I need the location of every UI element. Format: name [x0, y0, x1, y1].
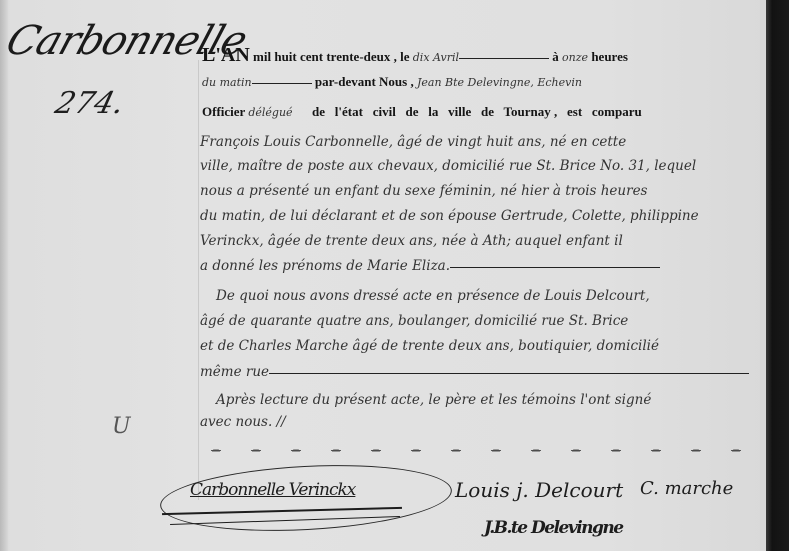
closing-flourish: [196, 447, 746, 453]
blank-rule: [450, 267, 660, 268]
handwritten-text: nous a présenté un enfant du sexe fémini…: [200, 183, 647, 199]
record-line: ville, maître de poste aux chevaux, domi…: [200, 158, 696, 174]
handwritten-text: Jean Bte Delevingne, Echevin: [417, 76, 582, 89]
handwritten-text: onze: [562, 51, 588, 64]
handwritten-text: a donné les prénoms de Marie Eliza.: [200, 258, 450, 274]
record-line: avec nous. //: [200, 414, 286, 430]
record-line: du matin par-devant Nous , Jean Bte Dele…: [202, 74, 582, 90]
record-line: du matin, de lui déclarant et de son épo…: [200, 208, 699, 224]
record-line: nous a présenté un enfant du sexe fémini…: [200, 183, 647, 199]
record-line: De quoi nous avons dressé acte en présen…: [216, 288, 650, 304]
signature-witness-1: Louis j. Delcourt: [455, 478, 623, 502]
record-line: âgé de quarante quatre ans, boulanger, d…: [200, 313, 628, 329]
printed-text: mil huit cent trente-deux , le: [250, 49, 413, 64]
record-line: Officier délégué de l'état civil de la v…: [202, 104, 642, 120]
handwritten-text: François Louis Carbonnelle, âgé de vingt…: [200, 134, 626, 150]
handwritten-text: même rue: [200, 364, 269, 380]
blank-rule: [252, 83, 312, 84]
handwritten-text: De quoi nous avons dressé acte en présen…: [216, 288, 650, 304]
handwritten-text: du matin, de lui déclarant et de son épo…: [200, 208, 699, 224]
printed-text: de l'état civil de la ville de Tournay ,…: [293, 104, 642, 119]
blank-rule: [269, 373, 749, 374]
register-page: Carbonnelle 274. L'AN mil huit cent tren…: [0, 0, 766, 551]
record-line: et de Charles Marche âgé de trente deux …: [200, 338, 659, 354]
signature-father: Carbonnelle Verinckx: [190, 480, 355, 500]
printed-text: à: [549, 49, 562, 64]
printed-text: par-devant Nous ,: [312, 74, 417, 89]
handwritten-text: du matin: [202, 76, 252, 89]
record-line: Verinckx, âgée de trente deux ans, née à…: [200, 233, 623, 249]
record-line: Après lecture du présent acte, le père e…: [216, 392, 651, 408]
handwritten-text: Après lecture du présent acte, le père e…: [216, 392, 651, 408]
signature-witness-2: C. marche: [640, 478, 733, 499]
handwritten-text: âgé de quarante quatre ans, boulanger, d…: [200, 313, 628, 329]
margin-rule: [198, 60, 199, 500]
printed-text: Officier: [202, 104, 248, 119]
handwritten-text: ville, maître de poste aux chevaux, domi…: [200, 158, 696, 174]
handwritten-text: Verinckx, âgée de trente deux ans, née à…: [200, 233, 623, 249]
page-edge-shadow: [0, 0, 8, 551]
blank-rule: [459, 58, 549, 59]
margin-act-number: 274.: [52, 86, 128, 121]
handwritten-text: et de Charles Marche âgé de trente deux …: [200, 338, 659, 354]
record-line: a donné les prénoms de Marie Eliza.: [200, 258, 660, 274]
handwritten-text: avec nous. //: [200, 414, 286, 430]
record-line: François Louis Carbonnelle, âgé de vingt…: [200, 134, 626, 150]
book-binding-gutter: [766, 0, 789, 551]
printed-text: heures: [588, 49, 628, 64]
margin-stray-mark: U: [112, 414, 131, 439]
record-line: même rue: [200, 364, 749, 380]
handwritten-text: délégué: [248, 106, 292, 119]
handwritten-text: dix Avril: [413, 51, 459, 64]
record-line: L'AN mil huit cent trente-deux , le dix …: [202, 44, 628, 67]
printed-text: L'AN: [202, 44, 250, 66]
signature-officer: J.B.te Delevingne: [484, 518, 623, 538]
